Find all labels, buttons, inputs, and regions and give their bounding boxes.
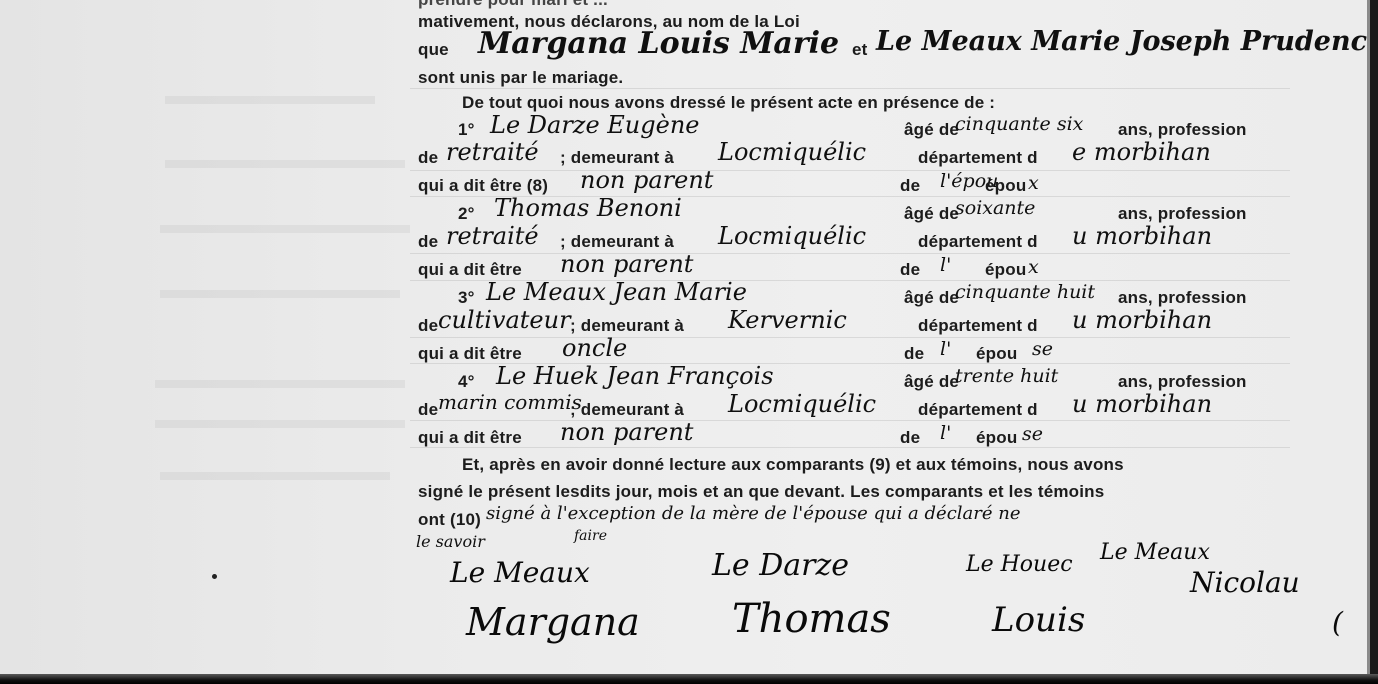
- witness-profession: retraité: [446, 222, 539, 250]
- printed-et: et: [852, 40, 868, 60]
- signature-le-meaux-2: Le Meaux: [1100, 540, 1210, 565]
- de-label: de: [418, 148, 438, 168]
- printed-line-united: sont unis par le mariage.: [418, 68, 623, 88]
- spouse-suffix: x: [1028, 256, 1039, 278]
- signature-le-houec: Le Houec: [966, 552, 1073, 577]
- witness-department: e morbihan: [1072, 138, 1211, 166]
- epou-label: épou: [985, 176, 1026, 196]
- witness-department: u morbihan: [1072, 306, 1212, 334]
- spouse-ref: l': [940, 254, 951, 276]
- epou-label: épou: [976, 344, 1017, 364]
- residence-label: ; demeurant à: [560, 232, 674, 252]
- epou-label: épou: [976, 428, 1017, 448]
- relation-label: qui a dit être: [418, 344, 522, 364]
- ruled-line: [410, 420, 1290, 421]
- ruled-line: [410, 447, 1290, 448]
- spouse-ref: l': [940, 422, 951, 444]
- witness-name: Le Huek Jean François: [496, 362, 774, 390]
- page-edge-right: [1370, 0, 1378, 684]
- ink-speck: [212, 574, 217, 579]
- de-label: de: [418, 316, 438, 336]
- witness-profession: retraité: [446, 138, 539, 166]
- spouse-de-label: de: [900, 428, 920, 448]
- printed-closing-1: Et, après en avoir donné lecture aux com…: [462, 455, 1124, 475]
- witness-department: u morbihan: [1072, 222, 1212, 250]
- age-label: âgé de: [904, 288, 959, 308]
- groom-name-handwritten: Margana Louis Marie: [478, 26, 839, 61]
- witness-number: 2°: [458, 204, 475, 224]
- handwritten-note-faire: faire: [574, 528, 607, 544]
- witness-number: 3°: [458, 288, 475, 308]
- ruled-line: [410, 170, 1290, 171]
- department-label: département d: [918, 316, 1038, 336]
- witness-age: trente huit: [955, 365, 1058, 387]
- bleed-through-mark: [155, 380, 405, 388]
- witness-name: Le Darze Eugène: [490, 111, 699, 139]
- de-label: de: [418, 232, 438, 252]
- signature-margana: Margana: [466, 600, 640, 644]
- printed-line-cut: prendre pour mari et ...: [418, 0, 608, 10]
- spouse-de-label: de: [900, 176, 920, 196]
- witness-residence: Locmiquélic: [718, 138, 866, 166]
- residence-label: ; demeurant à: [570, 400, 684, 420]
- relation-label: qui a dit être (8): [418, 176, 548, 196]
- spouse-suffix: se: [1032, 338, 1053, 360]
- spouse-ref: l': [940, 338, 951, 360]
- witness-age: soixante: [955, 197, 1035, 219]
- residence-label: ; demeurant à: [570, 316, 684, 336]
- printed-closing-2: signé le présent lesdits jour, mois et a…: [418, 482, 1104, 502]
- spouse-de-label: de: [900, 260, 920, 280]
- ruled-line: [410, 253, 1290, 254]
- epou-label: épou: [985, 260, 1026, 280]
- witness-name: Thomas Benoni: [494, 194, 682, 222]
- signature-nicolau: Nicolau: [1190, 566, 1300, 599]
- witness-residence: Locmiquélic: [728, 390, 876, 418]
- relation-label: qui a dit être: [418, 260, 522, 280]
- residence-label: ; demeurant à: [560, 148, 674, 168]
- printed-line-presence: De tout quoi nous avons dressé le présen…: [462, 93, 995, 113]
- relation-label: qui a dit être: [418, 428, 522, 448]
- de-label: de: [418, 400, 438, 420]
- bleed-through-mark: [160, 290, 400, 298]
- witness-profession: marin commis: [438, 390, 582, 414]
- page-edge-bottom: [0, 674, 1378, 684]
- profession-label: ans, profession: [1118, 204, 1247, 224]
- signature-thomas: Thomas: [732, 596, 891, 642]
- printed-que: que: [418, 40, 449, 60]
- bleed-through-mark: [160, 472, 390, 480]
- spouse-suffix: se: [1022, 423, 1043, 445]
- age-label: âgé de: [904, 120, 959, 140]
- witness-number: 1°: [458, 120, 475, 140]
- ruled-line: [410, 337, 1290, 338]
- signature-le-darze: Le Darze: [712, 548, 849, 583]
- witness-age: cinquante six: [955, 113, 1083, 135]
- document-page: prendre pour mari et ... mativement, nou…: [0, 0, 1370, 674]
- bride-name-handwritten: Le Meaux Marie Joseph Prudence: [876, 26, 1378, 57]
- witness-number: 4°: [458, 372, 475, 392]
- witness-department: u morbihan: [1072, 390, 1212, 418]
- age-label: âgé de: [904, 204, 959, 224]
- printed-closing-3: ont (10): [418, 510, 481, 530]
- age-label: âgé de: [904, 372, 959, 392]
- signature-louis: Louis: [992, 600, 1085, 640]
- signature-le-meaux: Le Meaux: [450, 556, 590, 589]
- witness-relation: oncle: [562, 334, 627, 362]
- ruled-line: [410, 88, 1290, 89]
- witness-name: Le Meaux Jean Marie: [486, 278, 747, 306]
- profession-label: ans, profession: [1118, 120, 1247, 140]
- witness-profession: cultivateur: [438, 306, 571, 334]
- witness-relation: non parent: [560, 418, 693, 446]
- department-label: département d: [918, 232, 1038, 252]
- handwritten-exception-note: signé à l'exception de la mère de l'épou…: [486, 503, 1020, 524]
- witness-residence: Kervernic: [728, 306, 847, 334]
- witness-relation: non parent: [580, 166, 713, 194]
- handwritten-note-cont: le savoir: [416, 532, 485, 551]
- witness-age: cinquante huit: [955, 281, 1095, 303]
- profession-label: ans, profession: [1118, 288, 1247, 308]
- spouse-de-label: de: [904, 344, 924, 364]
- bleed-through-mark: [155, 420, 405, 428]
- witness-relation: non parent: [560, 250, 693, 278]
- profession-label: ans, profession: [1118, 372, 1247, 392]
- bleed-through-mark: [165, 160, 405, 168]
- bleed-through-mark: [165, 96, 375, 104]
- spouse-suffix: x: [1028, 172, 1039, 194]
- bleed-through-mark: [160, 225, 410, 233]
- witness-residence: Locmiquélic: [718, 222, 866, 250]
- signature-mark: (: [1332, 606, 1343, 639]
- department-label: département d: [918, 148, 1038, 168]
- department-label: département d: [918, 400, 1038, 420]
